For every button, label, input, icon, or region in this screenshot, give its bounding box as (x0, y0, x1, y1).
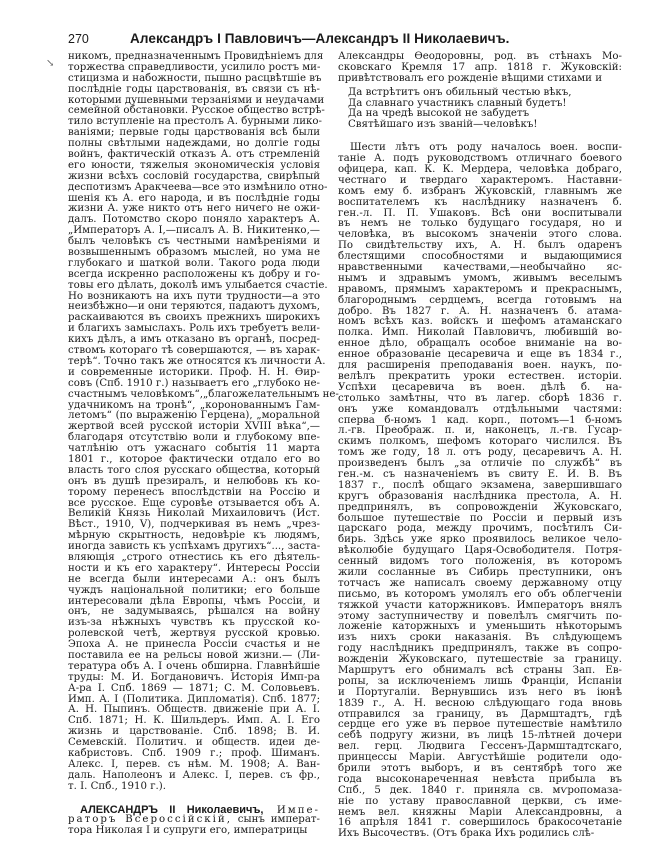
text-line: А-ра I. Спб. 1869 — 1871; С. М. Соловьев… (68, 684, 320, 695)
left-column: никомъ, предназначеннымъ Провидѣніемъ дл… (68, 52, 320, 837)
margin-mark: ↘ (46, 58, 54, 69)
text-line: деспотизмъ Аракчеева—все это измѣнило от… (68, 183, 320, 194)
text-line: 1839 г., А. Н. весною слѣдующаго года вн… (338, 699, 622, 710)
text-line: не всегда были интересами А.: онъ былъ (68, 575, 320, 586)
text-line: послѣдніе годы царствованія, въ связи съ… (68, 85, 320, 96)
poem-quote: Да встрѣтитъ онъ обильный честью вѣкъ,Да… (338, 88, 622, 132)
text-line: воспитателемъ къ наслѣднику назначенъ б. (338, 198, 622, 209)
text-line: Святѣйшаго изъ званій—человѣкъ! (338, 120, 622, 131)
text-line: совъ (Спб. 1910 г.) называетъ его „глубо… (68, 379, 320, 390)
text-line: счастнымъ человѣкомъ“,„благожелательнымъ… (68, 390, 320, 401)
text-line: т. I. Спб., 1910 г.). (68, 782, 320, 793)
text-line: тяжкой участи каторжниковъ. Императоръ в… (338, 601, 622, 612)
right-column: Александры Ѳеодоровны, род. въ стѣнахъ М… (338, 52, 622, 840)
page-number: 270 (68, 32, 89, 46)
text-line: предпринялъ, въ сопровожденіи Жуковскаго… (338, 503, 622, 514)
text-line: тора Николая I и супруги его, императриц… (68, 826, 320, 837)
text-line: чуждъ національной политики; его больше (68, 586, 320, 597)
text-line: ніе по уставу православной церкви, съ им… (338, 797, 622, 808)
text-fragment: сынъ императ- (232, 814, 320, 825)
text-line: кругъ образованія наслѣдника престола, А… (338, 492, 622, 503)
text-line: привѣтствовалъ его рожденіе вѣщими стиха… (338, 74, 622, 85)
article-title-spaced: раторъ Всероссійскій, (68, 814, 232, 825)
text-line: Да встрѣтитъ онъ обильный честью вѣкъ, (338, 88, 622, 99)
text-line: столько замѣтны, что въ лагер. сборѣ 183… (338, 394, 622, 405)
running-title: Александръ I Павловичъ—Александръ II Ник… (130, 31, 510, 46)
page-header: 270 Александръ I Павловичъ—Александръ II… (68, 32, 620, 48)
text-line: товы его дѣлать, доколѣ имъ улыбается сч… (68, 281, 320, 292)
text-line: благороднымъ сердцемъ, всегда готовымъ н… (338, 296, 622, 307)
text-line: торому перенесъ впослѣдствіи на Россію и (68, 488, 320, 499)
text-line: онъ уже командовалъ отдѣльными частями: (338, 405, 622, 416)
text-line: онъ въ душѣ презиралъ, и нелюбовь къ ко- (68, 477, 320, 488)
text-line: Ихъ Высочествъ. (Отъ брака Ихъ родились … (338, 829, 622, 840)
text-line: письмо, въ которомъ умолялъ его объ обле… (338, 590, 622, 601)
